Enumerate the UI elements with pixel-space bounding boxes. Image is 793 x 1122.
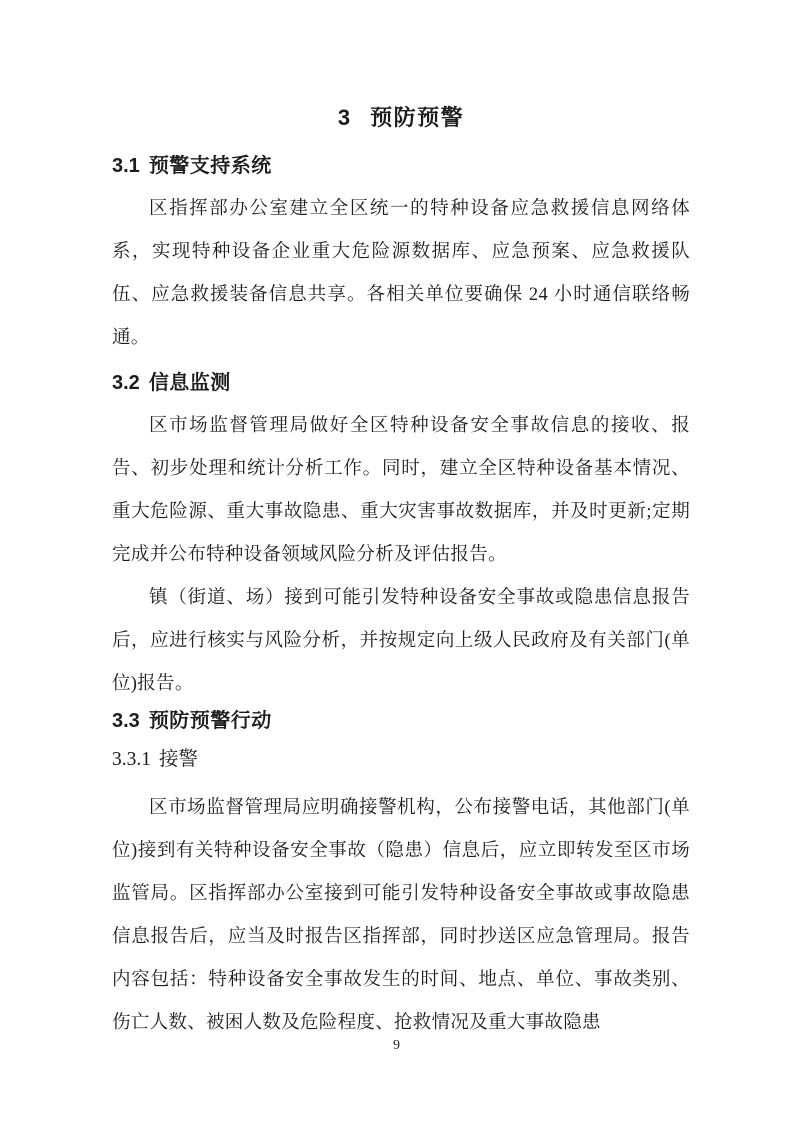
section-3-3-title: 预防预警行动 (149, 710, 272, 732)
title-text: 预防预警 (370, 105, 464, 130)
subsection-3-3-1-number: 3.3.1 (112, 749, 151, 770)
section-3-1-number: 3.1 (112, 155, 140, 177)
section-3-2-title: 信息监测 (149, 372, 231, 394)
page-title: 3预防预警 (112, 96, 690, 140)
page-number: 9 (0, 1036, 793, 1056)
document-page: 3预防预警 3.1预警支持系统 区指挥部办公室建立全区统一的特种设备应急救援信息… (0, 0, 793, 1122)
section-3-1-title: 预警支持系统 (149, 155, 272, 177)
paragraph-3-1-1: 区指挥部办公室建立全区统一的特种设备应急救援信息网络体系，实现特种设备企业重大危… (112, 188, 690, 360)
section-heading-3-1: 3.1预警支持系统 (112, 145, 690, 188)
paragraph-3-2-2: 镇（街道、场）接到可能引发特种设备安全事故或隐患信息报告后，应进行核实与风险分析… (112, 577, 690, 706)
section-3-2-number: 3.2 (112, 372, 140, 394)
subsection-3-3-1-title: 接警 (159, 749, 198, 770)
paragraph-3-3-1: 区市场监督管理局应明确接警机构，公布接警电话，其他部门(单位)接到有关特种设备安… (112, 787, 690, 1045)
section-heading-3-3: 3.3预防预警行动 (112, 700, 690, 743)
title-number: 3 (338, 105, 350, 130)
paragraph-3-2-1: 区市场监督管理局做好全区特种设备安全事故信息的接收、报告、初步处理和统计分析工作… (112, 405, 690, 577)
subsection-heading-3-3-1: 3.3.1接警 (112, 738, 690, 781)
section-3-3-number: 3.3 (112, 710, 140, 732)
section-heading-3-2: 3.2信息监测 (112, 362, 690, 405)
